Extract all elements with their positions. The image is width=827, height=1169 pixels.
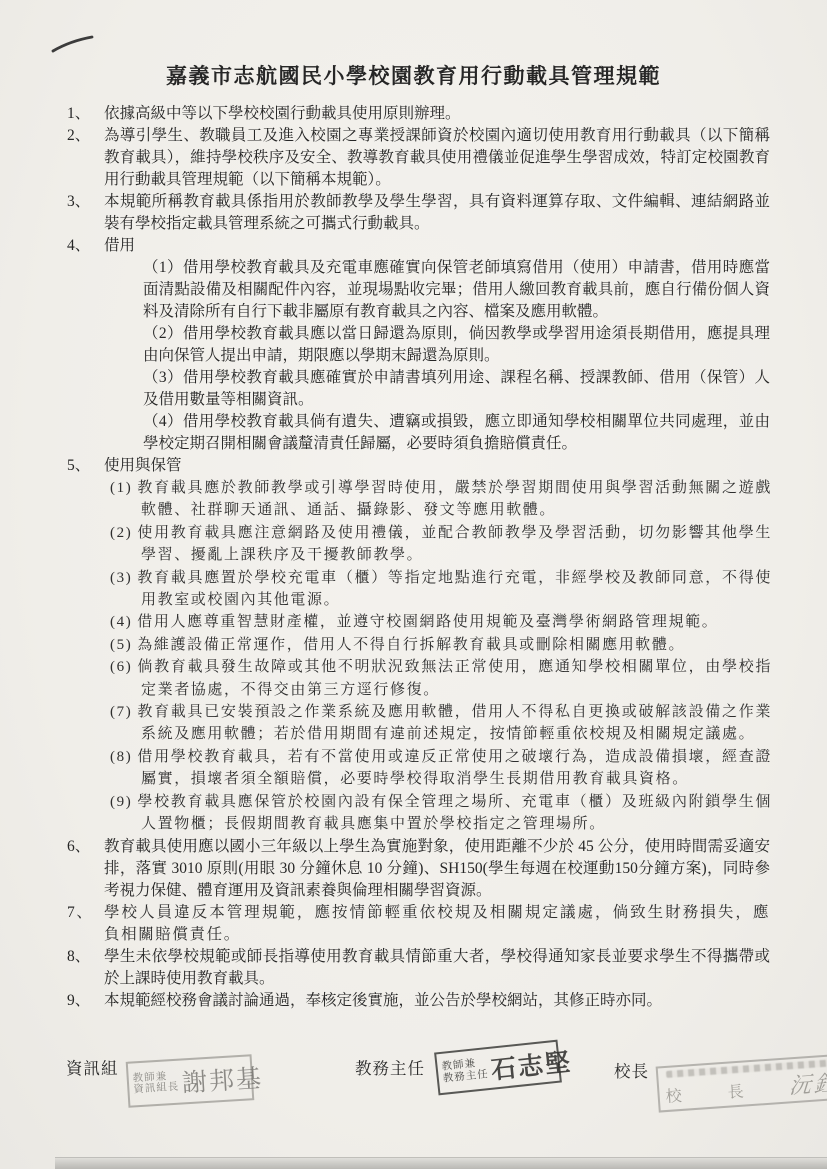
subitem-marker: (9) xyxy=(110,794,132,810)
subitem-marker: (5) xyxy=(110,637,132,653)
subitem-marker: (4) xyxy=(110,614,132,630)
item-number: 2、 xyxy=(67,125,90,147)
usage-subitem-6: (6)倘教育載具發生故障或其他不明狀況致無法正常使用，應通知學校相關單位，由學校… xyxy=(110,656,772,701)
usage-subitem-3: (3)教育載具應置於學校充電車（櫃）等指定地點進行充電，非經學校及教師同意，不得… xyxy=(110,567,772,612)
stamp-role-line: 資訊組長 xyxy=(133,1082,180,1096)
page-title: 嘉義市志航國民小學校園教育用行動載具管理規範 xyxy=(0,0,827,90)
rule-item-5: 5、 使用與保管 xyxy=(0,455,827,477)
stamp-role-text: 教師兼 教務主任 xyxy=(441,1057,489,1085)
stamp-role-text: 教師兼 資訊組長 xyxy=(132,1070,179,1096)
rule-item-8: 8、 學生未依學校規範或師長指導使用教育載具情節重大者，學校得通知家長並要求學生… xyxy=(0,946,827,990)
pen-mark xyxy=(50,30,96,61)
item-text: 本規範經校務會議討論通過，奉核定後實施，並公告於學校網站，其修正時亦同。 xyxy=(104,992,662,1009)
item-text: 學生未依學校規範或師長指導使用教育載具情節重大者，學校得通知家長並要求學生不得攜… xyxy=(104,948,770,987)
borrow-subitem-2: （2）借用學校教育載具應以當日歸還為原則，倘因教學或學習用途須長期借用，應提具理… xyxy=(143,323,770,367)
stamp-char: 校 xyxy=(665,1083,683,1107)
rule-item-7: 7、 學校人員違反本管理規範，應按情節輕重依校規及相關規定議處，倘致生財務損失，… xyxy=(0,902,827,946)
dean-label: 教務主任 xyxy=(355,1055,425,1079)
usage-subitem-9: (9)學校教育載具應保管於校園內設有保全管理之場所、充電車（櫃）及班級內附鎖學生… xyxy=(110,791,772,836)
subitem-marker: (1) xyxy=(110,480,132,496)
borrow-subitem-4: （4）借用學校教育載具倘有遺失、遭竊或損毀，應立即通知學校相關單位共同處理，並由… xyxy=(143,411,770,455)
usage-subitem-5: (5)為維護設備正常運作，借用人不得自行拆解教育載具或刪除相關應用軟體。 xyxy=(110,634,772,656)
rule-item-4: 4、 借用 xyxy=(0,235,827,257)
item-text: 為導引學生、教職員工及進入校園之專業授課師資於校園內適切使用教育用行動載具（以下… xyxy=(104,127,770,188)
subitem-text: 使用教育載具應注意網路及使用禮儀，並配合教師教學及學習活動，切勿影響其他學生學習… xyxy=(137,525,772,563)
rule-item-3: 3、 本規範所稱教育載具係指用於教師教學及學生學習，具有資料運算存取、文件編輯、… xyxy=(0,191,827,235)
scanner-edge-shadow xyxy=(55,1157,827,1169)
item-number: 3、 xyxy=(67,191,90,213)
rule-item-9: 9、 本規範經校務會議討論通過，奉核定後實施，並公告於學校網站，其修正時亦同。 xyxy=(0,990,827,1012)
subitem-marker: (8) xyxy=(110,749,132,765)
subitem-text: 教育載具應置於學校充電車（櫃）等指定地點進行充電，非經學校及教師同意，不得使用教… xyxy=(137,570,772,608)
subitem-text: 倘教育載具發生故障或其他不明狀況致無法正常使用，應通知學校相關單位，由學校指定業… xyxy=(137,659,772,697)
item-number: 1、 xyxy=(67,103,90,125)
subitem-text: 為維護設備正常運作，借用人不得自行拆解教育載具或刪除相關應用軟體。 xyxy=(137,637,685,653)
dean-stamp: 教師兼 教務主任 石志堅 xyxy=(434,1040,562,1096)
subitem-text: 教育載具已安裝預設之作業系統及應用軟體，借用人不得私自更換或破解該設備之作業系統… xyxy=(137,704,772,742)
stamp-name: 沅鈺 xyxy=(788,1066,827,1101)
stamp-name: 謝邦基 xyxy=(181,1059,264,1100)
item-text: 教育載具使用應以國小三年級以上學生為實施對象，使用距離不少於 45 公分，使用時… xyxy=(104,838,770,899)
subitem-text: 借用學校教育載具，若有不當使用或違反正常使用之破壞行為，造成設備損壞，經查證屬實… xyxy=(137,749,772,787)
item-text: 依據高級中等以下學校校園行動載具使用原則辦理。 xyxy=(104,105,461,122)
info-group-label: 資訊組 xyxy=(66,1055,119,1079)
usage-subitem-4: (4)借用人應尊重智慧財產權，並遵守校園網路使用規範及臺灣學術網路管理規範。 xyxy=(110,611,772,633)
principal-stamp: 校 長 沅鈺 xyxy=(656,1053,827,1112)
borrow-subitem-1: （1）借用學校教育載具及充電車應確實向保管老師填寫借用（使用）申請書，借用時應當… xyxy=(143,257,770,323)
item-number: 9、 xyxy=(67,990,90,1012)
item-text: 使用與保管 xyxy=(104,457,182,474)
subitem-text: 學校教育載具應保管於校園內設有保全管理之場所、充電車（櫃）及班級內附鎖學生個人置… xyxy=(137,794,772,832)
item-number: 7、 xyxy=(67,902,93,924)
subitem-marker: (6) xyxy=(110,659,132,675)
borrow-subitem-3: （3）借用學校教育載具應確實於申請書填列用途、課程名稱、授課教師、借用（保管）人… xyxy=(143,367,770,411)
item-text: 本規範所稱教育載具係指用於教師教學及學生學習，具有資料運算存取、文件編輯、連結網… xyxy=(104,193,770,232)
info-group-stamp: 教師兼 資訊組長 謝邦基 xyxy=(126,1054,255,1108)
principal-label: 校長 xyxy=(614,1058,649,1082)
subitem-text: 教育載具應於教師教學或引導學習時使用，嚴禁於學習期間使用與學習活動無關之遊戲軟體… xyxy=(137,480,772,518)
stamp-name: 石志堅 xyxy=(489,1042,573,1086)
item-number: 5、 xyxy=(67,455,90,477)
item-number: 4、 xyxy=(67,235,90,257)
subitem-marker: (3) xyxy=(110,570,132,586)
item-number: 8、 xyxy=(67,946,90,968)
usage-subitem-2: (2)使用教育載具應注意網路及使用禮儀，並配合教師教學及學習活動，切勿影響其他學… xyxy=(110,522,772,567)
item-text: 學校人員違反本管理規範，應按情節輕重依校規及相關規定議處，倘致生財務損失，應負相… xyxy=(104,904,770,943)
usage-subitem-8: (8)借用學校教育載具，若有不當使用或違反正常使用之破壞行為，造成設備損壞，經查… xyxy=(110,746,772,791)
rule-item-6: 6、 教育載具使用應以國小三年級以上學生為實施對象，使用距離不少於 45 公分，… xyxy=(0,836,827,902)
usage-subitem-1: (1)教育載具應於教師教學或引導學習時使用，嚴禁於學習期間使用與學習活動無關之遊… xyxy=(110,477,772,522)
item-text: 借用 xyxy=(104,237,135,254)
subitem-marker: (2) xyxy=(110,525,132,541)
rule-item-2: 2、 為導引學生、教職員工及進入校園之專業授課師資於校園內適切使用教育用行動載具… xyxy=(0,125,827,191)
scanned-document-page: 嘉義市志航國民小學校園教育用行動載具管理規範 1、 依據高級中等以下學校校園行動… xyxy=(0,0,827,1169)
subitem-text: 借用人應尊重智慧財產權，並遵守校園網路使用規範及臺灣學術網路管理規範。 xyxy=(137,614,718,630)
usage-subitem-7: (7)教育載具已安裝預設之作業系統及應用軟體，借用人不得私自更換或破解該設備之作… xyxy=(110,701,772,746)
item-number: 6、 xyxy=(67,836,90,858)
stamp-char: 長 xyxy=(727,1079,745,1103)
subitem-marker: (7) xyxy=(110,704,132,720)
rule-item-1: 1、 依據高級中等以下學校校園行動載具使用原則辦理。 xyxy=(0,103,827,125)
